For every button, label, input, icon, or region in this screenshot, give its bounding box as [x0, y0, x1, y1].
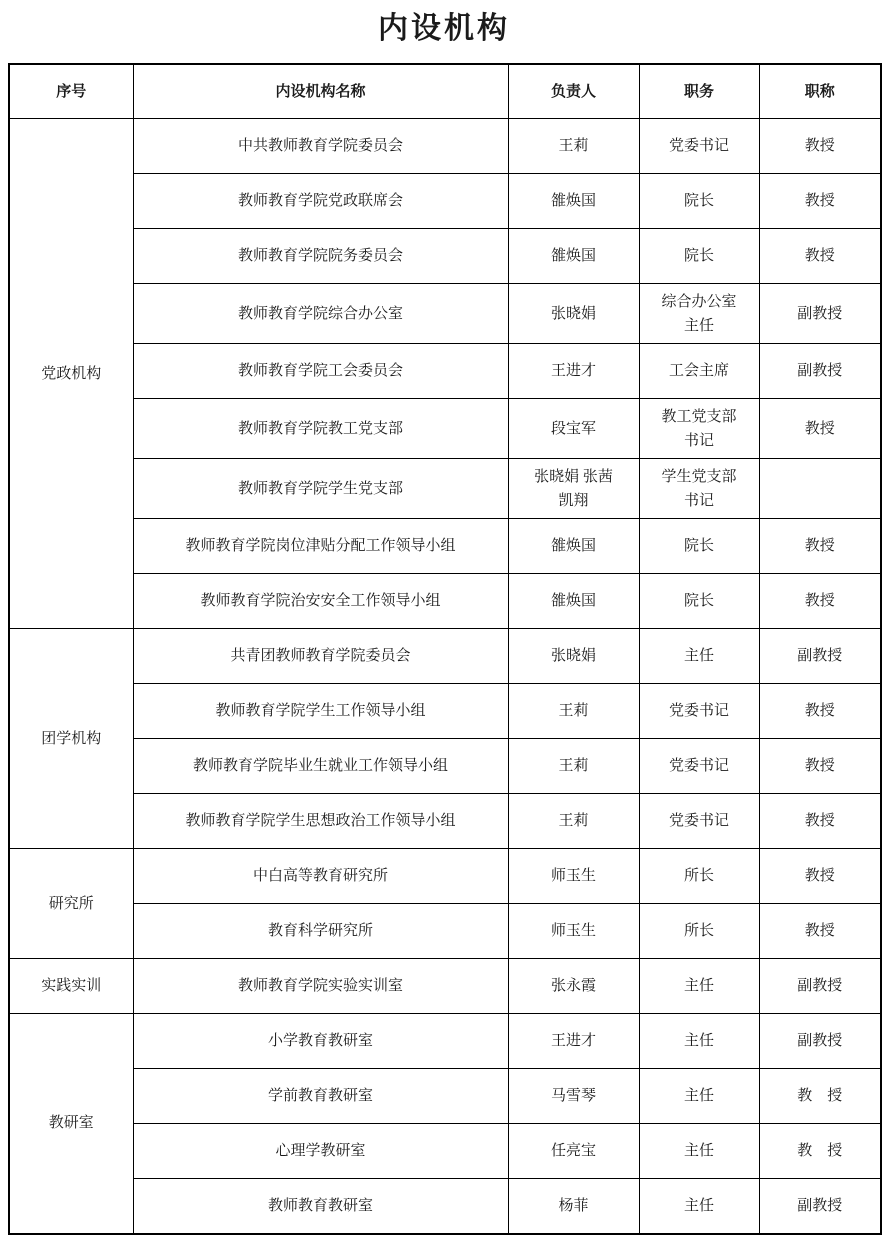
org-name-cell: 教师教育学院治安安全工作领导小组: [133, 574, 508, 629]
org-name-cell: 教育科学研究所: [133, 904, 508, 959]
title-cell: 副教授: [759, 629, 881, 684]
position-cell: 党委书记: [639, 794, 759, 849]
position-cell: 院长: [639, 519, 759, 574]
title-cell: [759, 459, 881, 519]
title-cell: 教授: [759, 684, 881, 739]
title-cell: 教授: [759, 739, 881, 794]
person-cell: 王进才: [508, 344, 639, 399]
table-row: 研究所 中白高等教育研究所 师玉生 所长 教授: [9, 849, 881, 904]
table-row: 教师教育教研室 杨菲 主任 副教授: [9, 1179, 881, 1234]
table-row: 教研室 小学教育教研室 王进才 主任 副教授: [9, 1014, 881, 1069]
position-cell: 院长: [639, 174, 759, 229]
org-name-cell: 教师教育学院党政联席会: [133, 174, 508, 229]
position-cell: 所长: [639, 849, 759, 904]
org-name-cell: 教师教育学院实验实训室: [133, 959, 508, 1014]
position-cell: 主任: [639, 1069, 759, 1124]
org-name-cell: 教师教育学院综合办公室: [133, 284, 508, 344]
person-cell: 张晓娟 张茜 凯翔: [508, 459, 639, 519]
title-cell: 副教授: [759, 1179, 881, 1234]
org-name-cell: 教师教育学院学生思想政治工作领导小组: [133, 794, 508, 849]
person-cell: 王莉: [508, 684, 639, 739]
group-label-cell: 教研室: [9, 1014, 133, 1234]
table-row: 实践实训 教师教育学院实验实训室 张永霞 主任 副教授: [9, 959, 881, 1014]
position-cell: 党委书记: [639, 119, 759, 174]
person-cell: 马雪琴: [508, 1069, 639, 1124]
position-cell: 党委书记: [639, 684, 759, 739]
title-cell: 教授: [759, 229, 881, 284]
table-row: 学前教育教研室 马雪琴 主任 教 授: [9, 1069, 881, 1124]
org-name-cell: 中共教师教育学院委员会: [133, 119, 508, 174]
table-row: 教师教育学院工会委员会 王进才 工会主席 副教授: [9, 344, 881, 399]
table-row: 教师教育学院学生思想政治工作领导小组 王莉 党委书记 教授: [9, 794, 881, 849]
title-cell: 教授: [759, 574, 881, 629]
position-cell: 教工党支部 书记: [639, 399, 759, 459]
header-row: 序号 内设机构名称 负责人 职务 职称: [9, 64, 881, 119]
position-cell: 工会主席: [639, 344, 759, 399]
header-position: 职务: [639, 64, 759, 119]
person-cell: 王莉: [508, 739, 639, 794]
org-name-cell: 教师教育学院学生党支部: [133, 459, 508, 519]
org-name-cell: 共青团教师教育学院委员会: [133, 629, 508, 684]
position-cell: 学生党支部 书记: [639, 459, 759, 519]
org-name-cell: 小学教育教研室: [133, 1014, 508, 1069]
title-cell: 副教授: [759, 959, 881, 1014]
org-name-cell: 教师教育学院院务委员会: [133, 229, 508, 284]
person-cell: 王莉: [508, 119, 639, 174]
person-cell: 雒焕国: [508, 574, 639, 629]
person-cell: 段宝军: [508, 399, 639, 459]
org-name-cell: 教师教育学院工会委员会: [133, 344, 508, 399]
person-cell: 杨菲: [508, 1179, 639, 1234]
table-row: 教师教育学院毕业生就业工作领导小组 王莉 党委书记 教授: [9, 739, 881, 794]
group-label-cell: 党政机构: [9, 119, 133, 629]
org-name-cell: 教师教育学院学生工作领导小组: [133, 684, 508, 739]
position-cell: 综合办公室 主任: [639, 284, 759, 344]
person-cell: 王进才: [508, 1014, 639, 1069]
org-name-cell: 教师教育学院岗位津贴分配工作领导小组: [133, 519, 508, 574]
position-cell: 主任: [639, 629, 759, 684]
person-cell: 雒焕国: [508, 174, 639, 229]
header-org-name: 内设机构名称: [133, 64, 508, 119]
header-person: 负责人: [508, 64, 639, 119]
page-title: 内设机构: [0, 0, 888, 49]
title-cell: 副教授: [759, 284, 881, 344]
table-row: 心理学教研室 任亮宝 主任 教 授: [9, 1124, 881, 1179]
person-cell: 张晓娟: [508, 284, 639, 344]
org-name-cell: 心理学教研室: [133, 1124, 508, 1179]
title-cell: 副教授: [759, 1014, 881, 1069]
table-row: 党政机构 中共教师教育学院委员会 王莉 党委书记 教授: [9, 119, 881, 174]
person-cell: 师玉生: [508, 904, 639, 959]
title-cell: 教 授: [759, 1124, 881, 1179]
table-row: 团学机构 共青团教师教育学院委员会 张晓娟 主任 副教授: [9, 629, 881, 684]
person-cell: 任亮宝: [508, 1124, 639, 1179]
position-cell: 主任: [639, 1179, 759, 1234]
org-name-cell: 教师教育学院教工党支部: [133, 399, 508, 459]
title-cell: 副教授: [759, 344, 881, 399]
title-cell: 教授: [759, 849, 881, 904]
header-title: 职称: [759, 64, 881, 119]
position-cell: 主任: [639, 1124, 759, 1179]
position-cell: 院长: [639, 574, 759, 629]
table-row: 教师教育学院综合办公室 张晓娟 综合办公室 主任 副教授: [9, 284, 881, 344]
person-cell: 雒焕国: [508, 229, 639, 284]
table-row: 教师教育学院党政联席会 雒焕国 院长 教授: [9, 174, 881, 229]
title-cell: 教授: [759, 519, 881, 574]
title-cell: 教 授: [759, 1069, 881, 1124]
person-cell: 师玉生: [508, 849, 639, 904]
group-label-cell: 研究所: [9, 849, 133, 959]
table-row: 教师教育学院教工党支部 段宝军 教工党支部 书记 教授: [9, 399, 881, 459]
title-cell: 教授: [759, 399, 881, 459]
org-name-cell: 中白高等教育研究所: [133, 849, 508, 904]
header-seq: 序号: [9, 64, 133, 119]
position-cell: 所长: [639, 904, 759, 959]
table-row: 教师教育学院学生党支部 张晓娟 张茜 凯翔 学生党支部 书记: [9, 459, 881, 519]
position-cell: 主任: [639, 959, 759, 1014]
person-cell: 雒焕国: [508, 519, 639, 574]
person-cell: 王莉: [508, 794, 639, 849]
person-cell: 张永霞: [508, 959, 639, 1014]
table-row: 教育科学研究所 师玉生 所长 教授: [9, 904, 881, 959]
group-label-cell: 实践实训: [9, 959, 133, 1014]
org-name-cell: 教师教育教研室: [133, 1179, 508, 1234]
table-row: 教师教育学院学生工作领导小组 王莉 党委书记 教授: [9, 684, 881, 739]
org-structure-table: 序号 内设机构名称 负责人 职务 职称 党政机构 中共教师教育学院委员会 王莉 …: [8, 63, 882, 1235]
title-cell: 教授: [759, 904, 881, 959]
table-row: 教师教育学院院务委员会 雒焕国 院长 教授: [9, 229, 881, 284]
org-name-cell: 教师教育学院毕业生就业工作领导小组: [133, 739, 508, 794]
title-cell: 教授: [759, 794, 881, 849]
org-name-cell: 学前教育教研室: [133, 1069, 508, 1124]
person-cell: 张晓娟: [508, 629, 639, 684]
position-cell: 院长: [639, 229, 759, 284]
position-cell: 主任: [639, 1014, 759, 1069]
table-row: 教师教育学院治安安全工作领导小组 雒焕国 院长 教授: [9, 574, 881, 629]
group-label-cell: 团学机构: [9, 629, 133, 849]
position-cell: 党委书记: [639, 739, 759, 794]
title-cell: 教授: [759, 119, 881, 174]
table-row: 教师教育学院岗位津贴分配工作领导小组 雒焕国 院长 教授: [9, 519, 881, 574]
title-cell: 教授: [759, 174, 881, 229]
